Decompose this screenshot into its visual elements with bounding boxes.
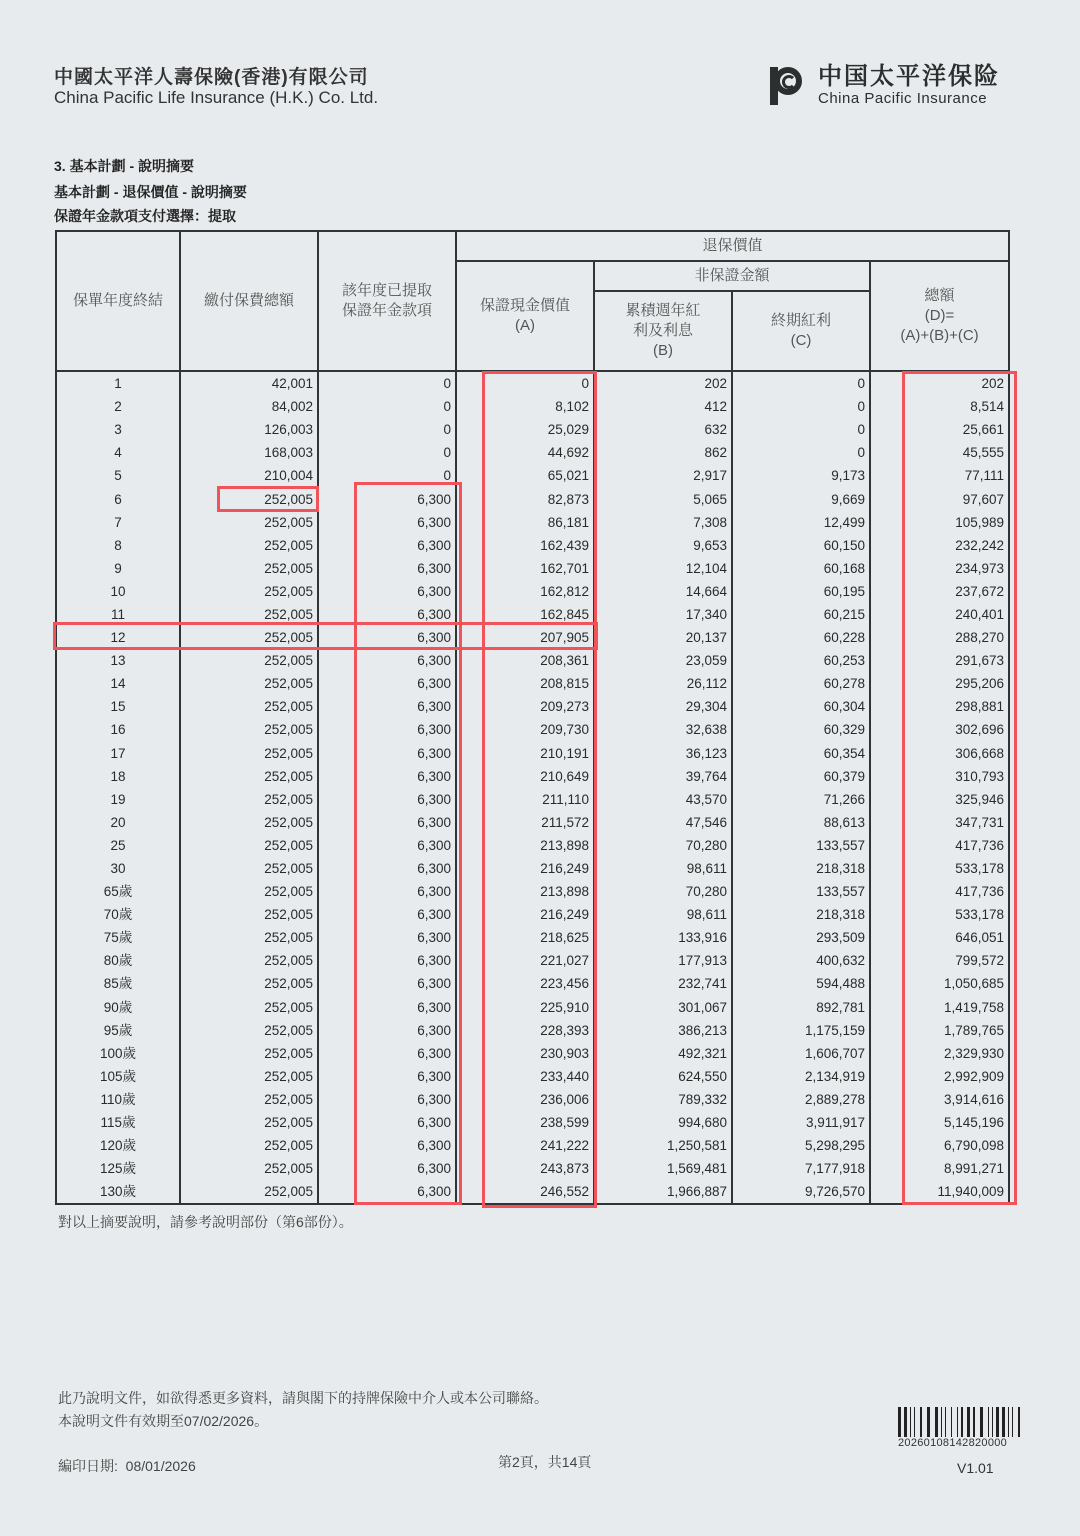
table-cell: 39,764 — [594, 765, 732, 788]
table-cell: 20,137 — [594, 626, 732, 649]
table-cell: 11,940,009 — [870, 1180, 1009, 1204]
table-cell: 1,050,685 — [870, 972, 1009, 995]
table-cell: 8,102 — [456, 395, 594, 418]
table-cell: 162,812 — [456, 580, 594, 603]
header-guaranteed-cash: 保證現金價值(A) — [456, 261, 594, 371]
table-cell: 789,332 — [594, 1088, 732, 1111]
table-cell: 60,304 — [732, 695, 870, 718]
table-cell: 2,329,930 — [870, 1042, 1009, 1065]
table-cell: 1,419,758 — [870, 996, 1009, 1019]
table-cell: 243,873 — [456, 1157, 594, 1180]
table-cell: 177,913 — [594, 949, 732, 972]
table-cell: 209,273 — [456, 695, 594, 718]
table-cell: 233,440 — [456, 1065, 594, 1088]
logo-text-zh: 中国太平洋保险 — [818, 64, 1000, 90]
table-cell: 252,005 — [180, 603, 318, 626]
section-subtitle: 基本計劃 - 退保價值 - 說明摘要 — [54, 182, 247, 202]
header-reversionary-bonus: 累積週年紅利及利息(B) — [594, 291, 732, 371]
table-cell: 232,242 — [870, 534, 1009, 557]
table-row: 5210,004065,0212,9179,17377,111 — [56, 464, 1009, 487]
table-cell: 6,300 — [318, 834, 456, 857]
table-cell: 6,300 — [318, 649, 456, 672]
table-cell: 12 — [56, 626, 180, 649]
table-cell: 293,509 — [732, 926, 870, 949]
table-cell: 252,005 — [180, 626, 318, 649]
table-cell: 252,005 — [180, 765, 318, 788]
table-cell: 162,845 — [456, 603, 594, 626]
table-cell: 1,606,707 — [732, 1042, 870, 1065]
table-cell: 492,321 — [594, 1042, 732, 1065]
table-cell: 252,005 — [180, 788, 318, 811]
table-cell: 594,488 — [732, 972, 870, 995]
table-cell: 77,111 — [870, 464, 1009, 487]
table-cell: 252,005 — [180, 672, 318, 695]
table-cell: 9,173 — [732, 464, 870, 487]
table-cell: 100歲 — [56, 1042, 180, 1065]
table-cell: 60,150 — [732, 534, 870, 557]
page-number: 第2頁，共14頁 — [498, 1452, 591, 1472]
table-cell: 6,300 — [318, 857, 456, 880]
table-cell: 6,300 — [318, 511, 456, 534]
table-cell: 302,696 — [870, 718, 1009, 741]
table-cell: 18 — [56, 765, 180, 788]
table-cell: 47,546 — [594, 811, 732, 834]
table-cell: 42,001 — [180, 371, 318, 395]
table-cell: 0 — [318, 371, 456, 395]
table-cell: 0 — [318, 464, 456, 487]
table-cell: 216,249 — [456, 857, 594, 880]
table-cell: 295,206 — [870, 672, 1009, 695]
table-cell: 6,300 — [318, 580, 456, 603]
table-cell: 0 — [732, 441, 870, 464]
table-cell: 252,005 — [180, 1042, 318, 1065]
table-cell: 306,668 — [870, 742, 1009, 765]
table-cell: 238,599 — [456, 1111, 594, 1134]
table-cell: 412 — [594, 395, 732, 418]
table-cell: 6,300 — [318, 626, 456, 649]
table-cell: 82,873 — [456, 487, 594, 510]
table-cell: 6,300 — [318, 903, 456, 926]
table-cell: 624,550 — [594, 1065, 732, 1088]
table-row: 100歲252,0056,300230,903492,3211,606,7072… — [56, 1042, 1009, 1065]
table-cell: 202 — [870, 371, 1009, 395]
table-cell: 3 — [56, 418, 180, 441]
table-cell: 1 — [56, 371, 180, 395]
header-surrender-value: 退保價值 — [456, 231, 1009, 261]
table-cell: 15 — [56, 695, 180, 718]
table-cell: 301,067 — [594, 996, 732, 1019]
table-row: 90歲252,0056,300225,910301,067892,7811,41… — [56, 996, 1009, 1019]
table-cell: 110歲 — [56, 1088, 180, 1111]
table-cell: 213,898 — [456, 880, 594, 903]
table-cell: 0 — [318, 441, 456, 464]
table-cell: 252,005 — [180, 487, 318, 510]
table-cell: 7,177,918 — [732, 1157, 870, 1180]
table-cell: 13 — [56, 649, 180, 672]
table-cell: 12,499 — [732, 511, 870, 534]
table-cell: 2,917 — [594, 464, 732, 487]
table-cell: 6,300 — [318, 487, 456, 510]
table-cell: 105歲 — [56, 1065, 180, 1088]
table-cell: 5,145,196 — [870, 1111, 1009, 1134]
table-cell: 252,005 — [180, 557, 318, 580]
table-cell: 130歲 — [56, 1180, 180, 1204]
table-cell: 17,340 — [594, 603, 732, 626]
table-cell: 9,653 — [594, 534, 732, 557]
table-cell: 133,916 — [594, 926, 732, 949]
table-cell: 209,730 — [456, 718, 594, 741]
table-cell: 9,726,570 — [732, 1180, 870, 1204]
table-row: 65歲252,0056,300213,89870,280133,557417,7… — [56, 880, 1009, 903]
table-cell: 230,903 — [456, 1042, 594, 1065]
table-cell: 386,213 — [594, 1019, 732, 1042]
table-cell: 252,005 — [180, 926, 318, 949]
table-cell: 310,793 — [870, 765, 1009, 788]
table-cell: 25 — [56, 834, 180, 857]
table-cell: 60,278 — [732, 672, 870, 695]
table-cell: 20 — [56, 811, 180, 834]
table-cell: 211,572 — [456, 811, 594, 834]
table-cell: 1,250,581 — [594, 1134, 732, 1157]
table-cell: 0 — [318, 418, 456, 441]
header-policy-year: 保單年度終結 — [56, 231, 180, 371]
table-row: 95歲252,0056,300228,393386,2131,175,1591,… — [56, 1019, 1009, 1042]
table-cell: 36,123 — [594, 742, 732, 765]
table-cell: 6,300 — [318, 972, 456, 995]
table-cell: 218,625 — [456, 926, 594, 949]
table-cell: 60,215 — [732, 603, 870, 626]
table-cell: 252,005 — [180, 511, 318, 534]
table-cell: 6,300 — [318, 1157, 456, 1180]
table-cell: 6,300 — [318, 788, 456, 811]
table-row: 115歲252,0056,300238,599994,6803,911,9175… — [56, 1111, 1009, 1134]
table-cell: 291,673 — [870, 649, 1009, 672]
table-cell: 6,300 — [318, 718, 456, 741]
table-cell: 208,815 — [456, 672, 594, 695]
header-annuity-withdrawn: 該年度已提取保證年金款項 — [318, 231, 456, 371]
table-cell: 60,228 — [732, 626, 870, 649]
table-cell: 252,005 — [180, 972, 318, 995]
table-cell: 70,280 — [594, 834, 732, 857]
table-cell: 252,005 — [180, 811, 318, 834]
table-cell: 288,270 — [870, 626, 1009, 649]
table-cell: 75歲 — [56, 926, 180, 949]
table-cell: 14,664 — [594, 580, 732, 603]
table-cell: 252,005 — [180, 1180, 318, 1204]
table-cell: 4 — [56, 441, 180, 464]
table-cell: 2,134,919 — [732, 1065, 870, 1088]
table-cell: 298,881 — [870, 695, 1009, 718]
table-cell: 17 — [56, 742, 180, 765]
table-cell: 162,701 — [456, 557, 594, 580]
table-cell: 632 — [594, 418, 732, 441]
table-cell: 86,181 — [456, 511, 594, 534]
table-cell: 2 — [56, 395, 180, 418]
table-cell: 45,555 — [870, 441, 1009, 464]
table-cell: 5,298,295 — [732, 1134, 870, 1157]
table-cell: 236,006 — [456, 1088, 594, 1111]
table-cell: 228,393 — [456, 1019, 594, 1042]
table-cell: 6,300 — [318, 1134, 456, 1157]
table-row: 12252,0056,300207,90520,13760,228288,270 — [56, 626, 1009, 649]
table-cell: 0 — [732, 418, 870, 441]
table-cell: 232,741 — [594, 972, 732, 995]
table-cell: 2,992,909 — [870, 1065, 1009, 1088]
table-cell: 211,110 — [456, 788, 594, 811]
table-cell: 799,572 — [870, 949, 1009, 972]
table-cell: 210,191 — [456, 742, 594, 765]
table-row: 130歲252,0056,300246,5521,966,8879,726,57… — [56, 1180, 1009, 1204]
table-cell: 218,318 — [732, 857, 870, 880]
table-cell: 241,222 — [456, 1134, 594, 1157]
table-cell: 533,178 — [870, 857, 1009, 880]
table-row: 70歲252,0056,300216,24998,611218,318533,1… — [56, 903, 1009, 926]
table-cell: 6,300 — [318, 765, 456, 788]
table-cell: 252,005 — [180, 742, 318, 765]
company-logo: 中国太平洋保险 China Pacific Insurance — [770, 64, 1000, 107]
table-row: 8252,0056,300162,4399,65360,150232,242 — [56, 534, 1009, 557]
table-cell: 237,672 — [870, 580, 1009, 603]
disclaimer: 此乃說明文件，如欲得悉更多資料，請與閣下的持牌保險中介人或本公司聯絡。 — [58, 1388, 548, 1408]
table-row: 14252,0056,300208,81526,11260,278295,206 — [56, 672, 1009, 695]
table-row: 13252,0056,300208,36123,05960,253291,673 — [56, 649, 1009, 672]
table-cell: 14 — [56, 672, 180, 695]
table-cell: 218,318 — [732, 903, 870, 926]
table-cell: 120歲 — [56, 1134, 180, 1157]
table-cell: 7 — [56, 511, 180, 534]
table-cell: 98,611 — [594, 903, 732, 926]
table-cell: 252,005 — [180, 834, 318, 857]
table-cell: 5 — [56, 464, 180, 487]
table-cell: 11 — [56, 603, 180, 626]
table-cell: 208,361 — [456, 649, 594, 672]
table-cell: 252,005 — [180, 580, 318, 603]
table-cell: 26,112 — [594, 672, 732, 695]
logo-text-en: China Pacific Insurance — [818, 90, 1000, 107]
table-cell: 97,607 — [870, 487, 1009, 510]
table-cell: 6,300 — [318, 603, 456, 626]
table-cell: 252,005 — [180, 880, 318, 903]
table-cell: 252,005 — [180, 649, 318, 672]
company-name-en: China Pacific Life Insurance (H.K.) Co. … — [54, 88, 378, 108]
table-cell: 60,354 — [732, 742, 870, 765]
table-cell: 9 — [56, 557, 180, 580]
table-row: 19252,0056,300211,11043,57071,266325,946 — [56, 788, 1009, 811]
table-cell: 210,649 — [456, 765, 594, 788]
table-cell: 8,991,271 — [870, 1157, 1009, 1180]
table-row: 80歲252,0056,300221,027177,913400,632799,… — [56, 949, 1009, 972]
table-cell: 892,781 — [732, 996, 870, 1019]
table-cell: 400,632 — [732, 949, 870, 972]
table-row: 4168,003044,692862045,555 — [56, 441, 1009, 464]
table-cell: 115歲 — [56, 1111, 180, 1134]
table-row: 75歲252,0056,300218,625133,916293,509646,… — [56, 926, 1009, 949]
table-cell: 9,669 — [732, 487, 870, 510]
table-cell: 60,195 — [732, 580, 870, 603]
table-cell: 60,379 — [732, 765, 870, 788]
table-cell: 6,300 — [318, 742, 456, 765]
table-cell: 125歲 — [56, 1157, 180, 1180]
table-row: 11252,0056,300162,84517,34060,215240,401 — [56, 603, 1009, 626]
table-cell: 994,680 — [594, 1111, 732, 1134]
table-cell: 6,300 — [318, 926, 456, 949]
table-cell: 70,280 — [594, 880, 732, 903]
table-cell: 65,021 — [456, 464, 594, 487]
table-row: 17252,0056,300210,19136,12360,354306,668 — [56, 742, 1009, 765]
table-cell: 133,557 — [732, 880, 870, 903]
table-row: 9252,0056,300162,70112,10460,168234,973 — [56, 557, 1009, 580]
table-cell: 225,910 — [456, 996, 594, 1019]
section-title: 3. 基本計劃 - 說明摘要 — [54, 156, 194, 176]
table-cell: 0 — [732, 395, 870, 418]
table-cell: 90歲 — [56, 996, 180, 1019]
validity-notice: 本說明文件有效期至07/02/2026。 — [58, 1411, 268, 1431]
table-cell: 3,914,616 — [870, 1088, 1009, 1111]
table-row: 6252,0056,30082,8735,0659,66997,607 — [56, 487, 1009, 510]
table-cell: 202 — [594, 371, 732, 395]
table-cell: 6,300 — [318, 695, 456, 718]
table-cell: 207,905 — [456, 626, 594, 649]
table-row: 18252,0056,300210,64939,76460,379310,793 — [56, 765, 1009, 788]
table-cell: 0 — [732, 371, 870, 395]
table-cell: 2,889,278 — [732, 1088, 870, 1111]
table-cell: 3,911,917 — [732, 1111, 870, 1134]
table-cell: 862 — [594, 441, 732, 464]
table-cell: 234,973 — [870, 557, 1009, 580]
table-cell: 6 — [56, 487, 180, 510]
table-row: 30252,0056,300216,24998,611218,318533,17… — [56, 857, 1009, 880]
table-cell: 0 — [456, 371, 594, 395]
table-cell: 210,004 — [180, 464, 318, 487]
table-cell: 252,005 — [180, 534, 318, 557]
table-cell: 43,570 — [594, 788, 732, 811]
table-cell: 105,989 — [870, 511, 1009, 534]
table-row: 85歲252,0056,300223,456232,741594,4881,05… — [56, 972, 1009, 995]
table-cell: 80歲 — [56, 949, 180, 972]
table-cell: 252,005 — [180, 1019, 318, 1042]
table-cell: 162,439 — [456, 534, 594, 557]
table-cell: 0 — [318, 395, 456, 418]
table-cell: 98,611 — [594, 857, 732, 880]
table-cell: 70歲 — [56, 903, 180, 926]
table-cell: 246,552 — [456, 1180, 594, 1204]
table-cell: 88,613 — [732, 811, 870, 834]
table-cell: 252,005 — [180, 1111, 318, 1134]
table-row: 110歲252,0056,300236,006789,3322,889,2783… — [56, 1088, 1009, 1111]
table-cell: 6,300 — [318, 534, 456, 557]
table-note: 對以上摘要說明，請參考說明部份（第6部份）。 — [58, 1212, 353, 1232]
table-row: 20252,0056,300211,57247,54688,613347,731 — [56, 811, 1009, 834]
table-cell: 6,300 — [318, 880, 456, 903]
table-cell: 7,308 — [594, 511, 732, 534]
header-non-guaranteed: 非保證金額 — [594, 261, 870, 291]
table-cell: 347,731 — [870, 811, 1009, 834]
table-cell: 646,051 — [870, 926, 1009, 949]
table-cell: 213,898 — [456, 834, 594, 857]
barcode-number: 20260108142820000 — [898, 1437, 1007, 1449]
table-cell: 223,456 — [456, 972, 594, 995]
table-cell: 60,253 — [732, 649, 870, 672]
table-cell: 252,005 — [180, 1157, 318, 1180]
table-cell: 6,300 — [318, 1042, 456, 1065]
table-cell: 85歲 — [56, 972, 180, 995]
table-cell: 5,065 — [594, 487, 732, 510]
surrender-value-table: 保單年度終結 繳付保費總額 該年度已提取保證年金款項 退保價值 保證現金價值(A… — [55, 230, 1010, 1205]
header-terminal-bonus: 終期紅利(C) — [732, 291, 870, 371]
table-cell: 133,557 — [732, 834, 870, 857]
table-cell: 6,300 — [318, 557, 456, 580]
table-cell: 1,789,765 — [870, 1019, 1009, 1042]
table-cell: 6,300 — [318, 811, 456, 834]
table-cell: 417,736 — [870, 880, 1009, 903]
table-cell: 221,027 — [456, 949, 594, 972]
version-label: V1.01 — [957, 1460, 994, 1476]
table-cell: 6,300 — [318, 1065, 456, 1088]
table-cell: 25,661 — [870, 418, 1009, 441]
table-cell: 10 — [56, 580, 180, 603]
table-cell: 6,300 — [318, 949, 456, 972]
table-row: 7252,0056,30086,1817,30812,499105,989 — [56, 511, 1009, 534]
table-cell: 252,005 — [180, 857, 318, 880]
table-cell: 30 — [56, 857, 180, 880]
table-cell: 216,249 — [456, 903, 594, 926]
header-total-premium: 繳付保費總額 — [180, 231, 318, 371]
table-cell: 252,005 — [180, 718, 318, 741]
table-cell: 533,178 — [870, 903, 1009, 926]
table-cell: 60,168 — [732, 557, 870, 580]
table-row: 284,00208,10241208,514 — [56, 395, 1009, 418]
table-cell: 6,300 — [318, 1180, 456, 1204]
table-cell: 12,104 — [594, 557, 732, 580]
table-cell: 6,300 — [318, 1019, 456, 1042]
cpic-logo-icon — [770, 65, 810, 107]
table-cell: 252,005 — [180, 1134, 318, 1157]
table-cell: 32,638 — [594, 718, 732, 741]
table-cell: 95歲 — [56, 1019, 180, 1042]
barcode-icon — [898, 1407, 1023, 1437]
company-name-zh: 中國太平洋人壽保險(香港)有限公司 — [54, 62, 369, 89]
table-cell: 252,005 — [180, 1065, 318, 1088]
table-row: 3126,003025,029632025,661 — [56, 418, 1009, 441]
table-cell: 8 — [56, 534, 180, 557]
table-cell: 6,300 — [318, 672, 456, 695]
print-date: 編印日期: 08/01/2026 — [58, 1456, 196, 1476]
table-cell: 29,304 — [594, 695, 732, 718]
table-cell: 16 — [56, 718, 180, 741]
table-cell: 252,005 — [180, 949, 318, 972]
table-cell: 6,790,098 — [870, 1134, 1009, 1157]
table-cell: 71,266 — [732, 788, 870, 811]
table-cell: 25,029 — [456, 418, 594, 441]
table-cell: 6,300 — [318, 996, 456, 1019]
table-cell: 65歲 — [56, 880, 180, 903]
table-row: 105歲252,0056,300233,440624,5502,134,9192… — [56, 1065, 1009, 1088]
table-row: 125歲252,0056,300243,8731,569,4817,177,91… — [56, 1157, 1009, 1180]
table-cell: 252,005 — [180, 996, 318, 1019]
table-cell: 1,966,887 — [594, 1180, 732, 1204]
table-cell: 1,175,159 — [732, 1019, 870, 1042]
table-cell: 126,003 — [180, 418, 318, 441]
table-row: 25252,0056,300213,89870,280133,557417,73… — [56, 834, 1009, 857]
table-row: 10252,0056,300162,81214,66460,195237,672 — [56, 580, 1009, 603]
table-cell: 84,002 — [180, 395, 318, 418]
table-cell: 252,005 — [180, 1088, 318, 1111]
table-cell: 44,692 — [456, 441, 594, 464]
table-row: 15252,0056,300209,27329,30460,304298,881 — [56, 695, 1009, 718]
table-row: 120歲252,0056,300241,2221,250,5815,298,29… — [56, 1134, 1009, 1157]
table-cell: 6,300 — [318, 1088, 456, 1111]
table-cell: 325,946 — [870, 788, 1009, 811]
